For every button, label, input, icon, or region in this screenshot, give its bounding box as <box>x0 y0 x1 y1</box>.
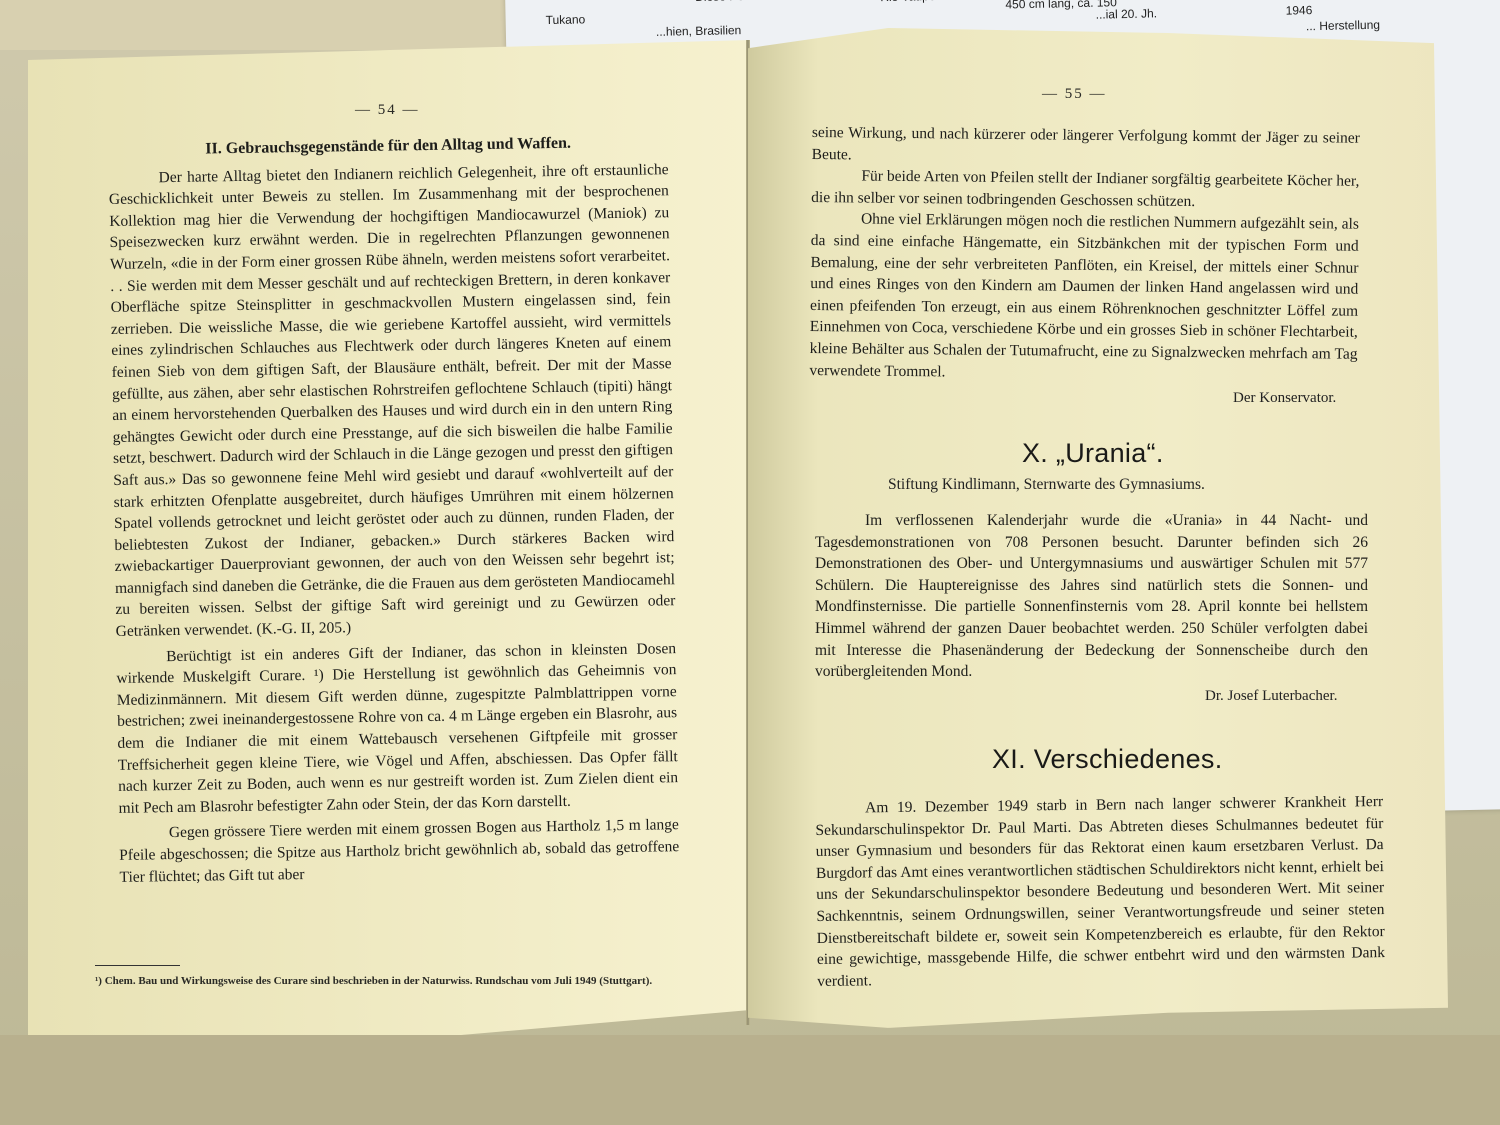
section-title-x: X. „Urania“. <box>1022 438 1164 469</box>
label-fragment: ... Herstellung <box>1306 18 1380 34</box>
paragraph: Der harte Alltag bietet den Indianern re… <box>108 159 675 643</box>
page-number-left: — 54 — <box>355 102 420 119</box>
footnote: ¹) Chem. Bau und Wirkungsweise des Curar… <box>95 972 670 991</box>
label-fragment: Rio Vaupés <box>880 0 941 4</box>
page-number-right: — 55 — <box>1042 86 1107 103</box>
paragraph: Am 19. Dezember 1949 starb in Bern nach … <box>815 791 1385 992</box>
left-page-body: II. Gebrauchsgegenstände für den Alltag … <box>108 131 680 888</box>
label-fragment: ...ial 20. Jh. <box>1095 6 1157 21</box>
paragraph: seine Wirkung, und nach kürzerer oder lä… <box>812 122 1360 171</box>
paragraph: Berüchtigt ist ein anderes Gift der Indi… <box>116 638 679 820</box>
label-fragment: Diese Perso <box>695 0 761 4</box>
section-x-subtitle: Stiftung Kindlimann, Sternwarte des Gymn… <box>888 476 1205 494</box>
section-title-xi: XI. Verschiedenes. <box>992 744 1223 775</box>
table-surface <box>0 1035 1500 1125</box>
label-fragment: ...hien, Brasilien <box>656 23 742 39</box>
signature-luterbacher: Dr. Josef Luterbacher. <box>1205 688 1337 705</box>
paragraph: Im verflossenen Kalenderjahr wurde die «… <box>815 510 1368 683</box>
label-fragment: Tukano <box>545 12 585 27</box>
paragraph: Für beide Arten von Pfeilen stellt der I… <box>811 165 1359 214</box>
footnote-divider <box>95 965 180 966</box>
section-x-body: Im verflossenen Kalenderjahr wurde die «… <box>815 510 1368 683</box>
paragraph: Ohne viel Erklärungen mögen noch die res… <box>809 208 1359 386</box>
right-page-body-top: seine Wirkung, und nach kürzerer oder lä… <box>809 122 1360 387</box>
signature-konservator: Der Konservator. <box>1233 390 1336 407</box>
paragraph: Gegen grössere Tiere werden mit einem gr… <box>119 815 680 889</box>
label-fragment: 1946 <box>1285 3 1312 18</box>
section-xi-body: Am 19. Dezember 1949 starb in Bern nach … <box>815 791 1385 992</box>
background-surface <box>0 0 520 50</box>
